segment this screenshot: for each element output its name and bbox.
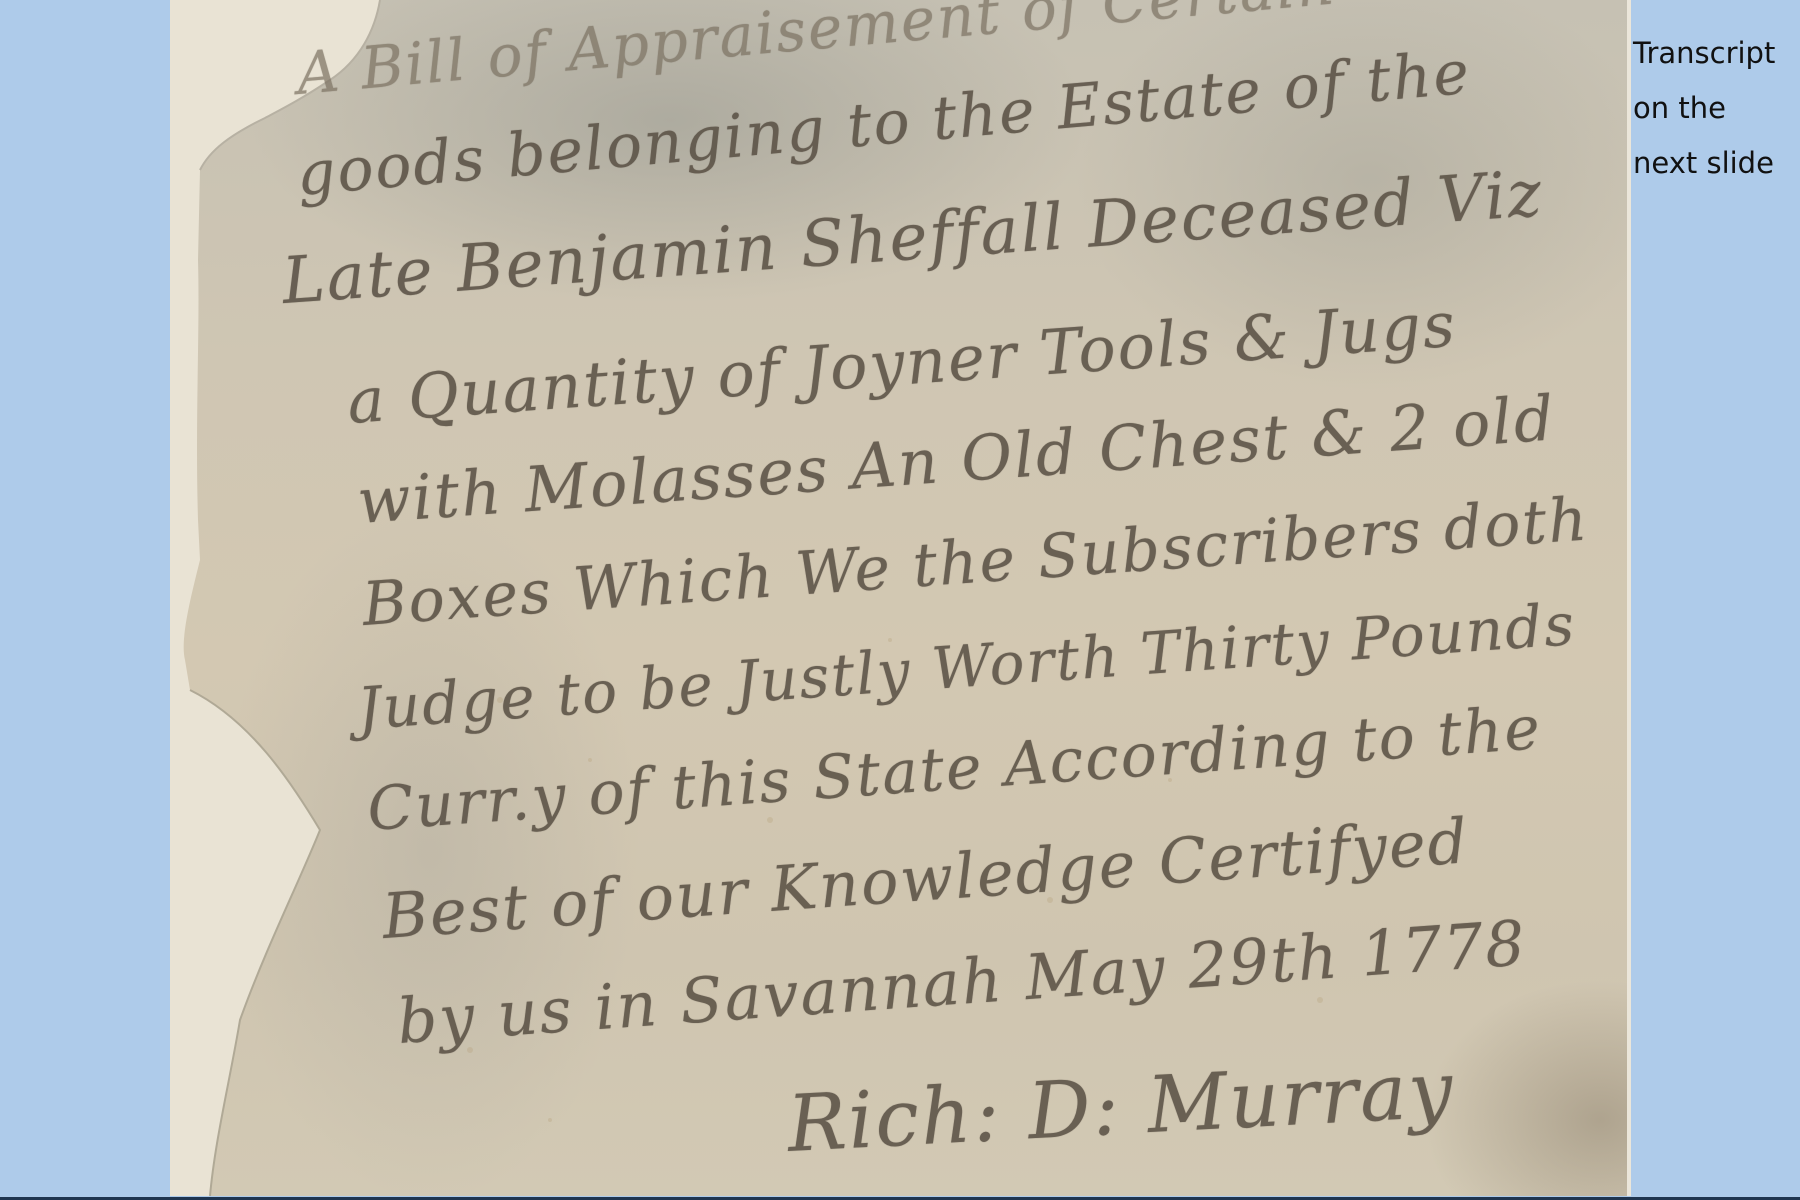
caption-line: on the — [1633, 81, 1798, 136]
caption-line: next slide — [1633, 136, 1798, 191]
manuscript-edge — [1627, 0, 1631, 1196]
signature: Rich: D: Murray — [785, 1045, 1456, 1170]
caption-line: Transcript — [1633, 26, 1798, 81]
manuscript-scan: A Bill of Appraisement of Certain goods … — [170, 0, 1627, 1196]
transcript-caption: Transcript on the next slide — [1633, 26, 1798, 191]
handwritten-text: A Bill of Appraisement of Certain goods … — [170, 0, 1627, 1196]
